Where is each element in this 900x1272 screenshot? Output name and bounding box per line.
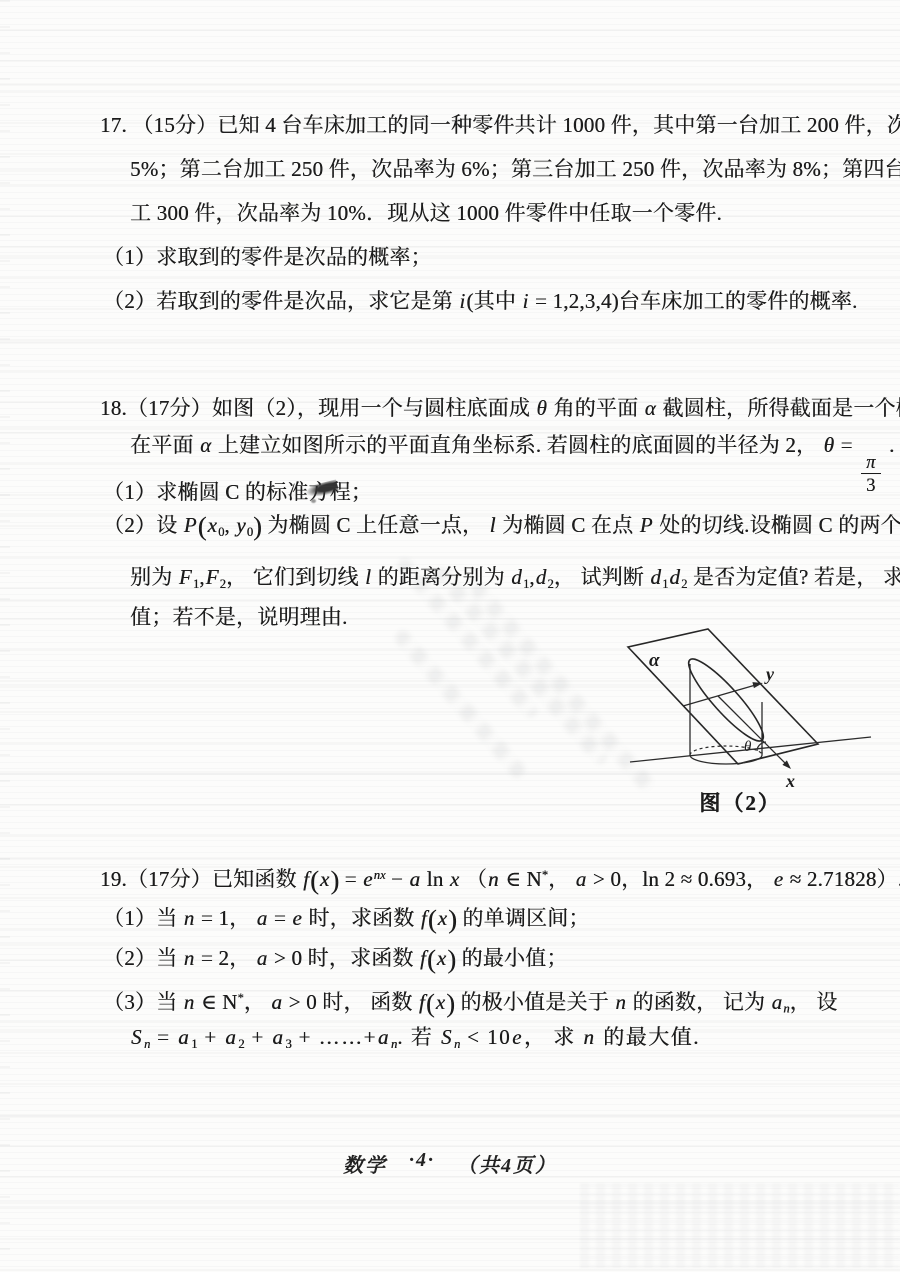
fraction-denominator: 3 bbox=[861, 474, 880, 496]
problem-17-part-2: （2）若取到的零件是次品，求它是第 i(其中 i = 1,2,3,4)台车床加工… bbox=[103, 286, 857, 316]
text-run: 的距离分别为 bbox=[372, 565, 510, 589]
text-run: F bbox=[178, 565, 193, 589]
text-run: 处的切线.设椭圆 C 的两个焦点分 bbox=[654, 513, 900, 537]
text-run: i bbox=[521, 289, 529, 313]
text-run: ) bbox=[448, 905, 457, 934]
text-run: （1）当 bbox=[103, 906, 183, 930]
text-run: 工 300 件，次品率为 10%．现从这 1000 件零件中任取一个零件. bbox=[130, 201, 722, 225]
text-run: f bbox=[419, 946, 427, 970]
text-run: ( bbox=[428, 905, 437, 934]
text-run: e bbox=[773, 867, 785, 891]
text-run: = 2， bbox=[195, 946, 255, 970]
text-run: 角的平面 bbox=[548, 396, 644, 420]
text-run: a bbox=[377, 1025, 391, 1049]
text-run: S bbox=[440, 1025, 454, 1049]
text-run: e bbox=[511, 1025, 524, 1049]
text-run: n bbox=[183, 990, 196, 1014]
fraction: π3 bbox=[861, 452, 880, 496]
text-run: ， bbox=[548, 867, 575, 891]
text-run: 值；若不是，说明理由. bbox=[130, 605, 347, 629]
text-run: < 10 bbox=[460, 1025, 511, 1049]
text-run: θ bbox=[823, 433, 836, 457]
problem-19-part-3-line-2: Sn = a1 + a2 + a3 + ……+an. 若 Sn < 10e， 求… bbox=[130, 1022, 700, 1059]
text-run: 在平面 bbox=[130, 433, 199, 457]
text-run: f bbox=[418, 990, 426, 1014]
text-run: = 1， bbox=[195, 906, 255, 930]
exam-page-scan: 17. （15分）已知 4 台车床加工的同一种零件共计 1000 件，其中第一台… bbox=[0, 0, 900, 1272]
text-run: . 若 bbox=[397, 1025, 440, 1049]
problem-18-statement-line-1: 18.（17分）如图（2），现用一个与圆柱底面成 θ 角的平面 α 截圆柱，所得… bbox=[100, 393, 900, 423]
text-run: n bbox=[582, 1025, 596, 1049]
text-run: 时，求函数 bbox=[303, 906, 420, 930]
text-run: ) bbox=[446, 989, 455, 1018]
text-run: 17. （15分）已知 4 台车床加工的同一种零件共计 1000 件，其中第一台… bbox=[100, 113, 900, 137]
text-run: n bbox=[487, 867, 500, 891]
figure-2-diagram: α y x θ bbox=[613, 624, 879, 796]
text-run: = bbox=[339, 867, 362, 891]
text-run: ， 求 bbox=[524, 1025, 583, 1049]
text-run: ) bbox=[330, 866, 339, 895]
text-run: 的函数， 记为 bbox=[627, 990, 771, 1014]
text-run: (其中 bbox=[466, 289, 521, 313]
figure-2: α y x θ bbox=[613, 624, 879, 796]
text-run: l bbox=[364, 565, 372, 589]
text-run: 5%；第二台加工 250 件，次品率为 6%；第三台加工 250 件，次品率为 … bbox=[130, 157, 900, 181]
text-run: d bbox=[649, 565, 662, 589]
text-run: 的极小值是关于 bbox=[455, 990, 614, 1014]
footer-total-pages: （共4页） bbox=[457, 1149, 557, 1178]
scan-ghost-artifact bbox=[392, 628, 528, 781]
text-run: f bbox=[302, 867, 310, 891]
text-run: ( bbox=[198, 512, 207, 541]
text-run: a bbox=[270, 990, 283, 1014]
text-run: + bbox=[245, 1025, 272, 1049]
text-run: （2）若取到的零件是次品，求它是第 bbox=[103, 289, 458, 313]
text-run: ， bbox=[244, 990, 271, 1014]
text-run: > 0 时，求函数 bbox=[268, 946, 419, 970]
ink-smudge-dot bbox=[311, 499, 316, 503]
x-axis-line bbox=[718, 696, 788, 766]
text-run: θ bbox=[536, 396, 549, 420]
text-run: = 1,2,3,4)台车床加工的零件的概率. bbox=[530, 289, 858, 313]
text-run: 截圆柱，所得截面是一个椭圆 C， bbox=[657, 396, 900, 420]
text-run: = bbox=[835, 433, 858, 457]
text-run: 上建立如图所示的平面直角坐标系. 若圆柱的底面圆的半径为 2， bbox=[212, 433, 822, 457]
text-run: n bbox=[614, 990, 627, 1014]
text-run: a bbox=[409, 867, 422, 891]
text-run: > 0，ln 2 ≈ 0.693， bbox=[587, 867, 772, 891]
problem-18-part-2-line-3: 值；若不是，说明理由. bbox=[130, 602, 347, 632]
text-run: n bbox=[183, 906, 196, 930]
text-run: , bbox=[224, 513, 235, 537]
text-run: a bbox=[575, 867, 588, 891]
plane-alpha-label: α bbox=[649, 650, 660, 671]
problem-17-part-1: （1）求取到的零件是次品的概率； bbox=[103, 242, 432, 272]
text-run: x bbox=[437, 906, 449, 930]
text-run: （ bbox=[460, 867, 487, 891]
text-run: + ……+ bbox=[292, 1025, 377, 1049]
text-run: d bbox=[510, 565, 523, 589]
text-run: x bbox=[436, 946, 448, 970]
text-run: ) bbox=[253, 512, 262, 541]
footer-subject: 数学 bbox=[343, 1149, 387, 1178]
fraction-numerator: π bbox=[861, 452, 880, 475]
text-run: ∈ N bbox=[500, 867, 542, 891]
figure-2-caption: 图（2） bbox=[640, 787, 840, 817]
text-run: e bbox=[291, 906, 303, 930]
text-run: ， 它们到切线 bbox=[226, 565, 364, 589]
text-run: . bbox=[884, 433, 895, 457]
text-run: ∈ N bbox=[195, 990, 237, 1014]
text-run: ≈ 2.71828）. bbox=[784, 867, 900, 891]
text-run: x bbox=[207, 513, 219, 537]
text-run: 的单调区间； bbox=[457, 906, 590, 930]
problem-19-part-1: （1）当 n = 1， a = e 时，求函数 f(x) 的单调区间； bbox=[103, 903, 590, 935]
scan-noise-artifact bbox=[580, 1183, 900, 1268]
section-ellipse bbox=[681, 652, 772, 749]
text-run: a bbox=[224, 1025, 238, 1049]
text-run: a bbox=[256, 946, 269, 970]
text-run: ( bbox=[427, 945, 436, 974]
text-run: P bbox=[183, 513, 198, 537]
problem-19-part-3-line-1: （3）当 n ∈ N*， a > 0 时， 函数 f(x) 的极小值是关于 n … bbox=[103, 983, 837, 1024]
text-run: a bbox=[256, 906, 269, 930]
text-run: ( bbox=[426, 989, 435, 1018]
text-run: ) bbox=[447, 945, 456, 974]
y-axis-line bbox=[683, 684, 759, 706]
text-run: , bbox=[199, 565, 204, 589]
text-run: α bbox=[644, 396, 657, 420]
text-run: x bbox=[319, 867, 331, 891]
footer-page-number: ·4· bbox=[409, 1149, 435, 1178]
text-run: 18.（17分）如图（2），现用一个与圆柱底面成 bbox=[100, 396, 536, 420]
text-run: a bbox=[271, 1025, 285, 1049]
page-footer: 数学 ·4· （共4页） bbox=[0, 1149, 900, 1178]
text-run: d bbox=[668, 565, 681, 589]
text-run: x bbox=[435, 990, 447, 1014]
text-run: 别为 bbox=[130, 565, 178, 589]
cylinder-base-ellipse-front bbox=[690, 755, 762, 764]
text-run: ， 设 bbox=[790, 990, 838, 1014]
text-run: （3）当 bbox=[103, 990, 183, 1014]
text-run: 19.（17分）已知函数 bbox=[100, 867, 302, 891]
problem-17-statement-line-3: 工 300 件，次品率为 10%．现从这 1000 件零件中任取一个零件. bbox=[130, 198, 722, 228]
text-run: 的最大值. bbox=[596, 1025, 700, 1049]
text-run: 的最小值； bbox=[456, 946, 567, 970]
text-run: x bbox=[449, 867, 461, 891]
text-run: 为椭圆 C 上任意一点， bbox=[262, 513, 489, 537]
text-run: nx bbox=[374, 868, 386, 882]
text-run: y bbox=[235, 513, 247, 537]
text-run: n bbox=[183, 946, 196, 970]
problem-19-part-2: （2）当 n = 2， a > 0 时，求函数 f(x) 的最小值； bbox=[103, 943, 568, 975]
text-run: S bbox=[130, 1025, 144, 1049]
text-run: f bbox=[420, 906, 428, 930]
text-run: （2）当 bbox=[103, 946, 183, 970]
text-run: l bbox=[489, 513, 497, 537]
text-run: F bbox=[205, 565, 220, 589]
text-run: 是否为定值? 若是， 求其定 bbox=[687, 565, 900, 589]
problem-17-statement-line-1: 17. （15分）已知 4 台车床加工的同一种零件共计 1000 件，其中第一台… bbox=[100, 110, 900, 140]
text-run: （2）设 bbox=[103, 513, 183, 537]
text-run: ， 试判断 bbox=[554, 565, 650, 589]
problem-18-part-2-line-1: （2）设 P(x0, y0) 为椭圆 C 上任意一点， l 为椭圆 C 在点 P… bbox=[103, 510, 900, 547]
problem-19-statement: 19.（17分）已知函数 f(x) = enx − a ln x （n ∈ N*… bbox=[100, 860, 900, 896]
text-run: , bbox=[529, 565, 534, 589]
text-run: = bbox=[268, 906, 291, 930]
problem-18-part-2-line-2: 别为 F1,F2， 它们到切线 l 的距离分别为 d1,d2， 试判断 d1d2… bbox=[130, 562, 900, 599]
text-run: 为椭圆 C 在点 bbox=[497, 513, 639, 537]
text-run: （1）求取到的零件是次品的概率； bbox=[103, 245, 432, 269]
theta-label: θ bbox=[744, 739, 752, 755]
text-run: P bbox=[639, 513, 654, 537]
text-run: − bbox=[386, 867, 409, 891]
text-run: a bbox=[771, 990, 784, 1014]
text-run: α bbox=[199, 433, 212, 457]
text-run: ln bbox=[421, 867, 449, 891]
text-run: = bbox=[150, 1025, 177, 1049]
section-ellipse-group bbox=[681, 652, 772, 749]
text-run: ( bbox=[310, 866, 319, 895]
text-run: d bbox=[535, 565, 548, 589]
y-axis-label: y bbox=[764, 664, 775, 684]
text-run: > 0 时， 函数 bbox=[283, 990, 418, 1014]
text-run: e bbox=[362, 867, 374, 891]
problem-17-statement-line-2: 5%；第二台加工 250 件，次品率为 6%；第三台加工 250 件，次品率为 … bbox=[130, 154, 900, 184]
text-run: + bbox=[197, 1025, 224, 1049]
text-run: a bbox=[177, 1025, 191, 1049]
